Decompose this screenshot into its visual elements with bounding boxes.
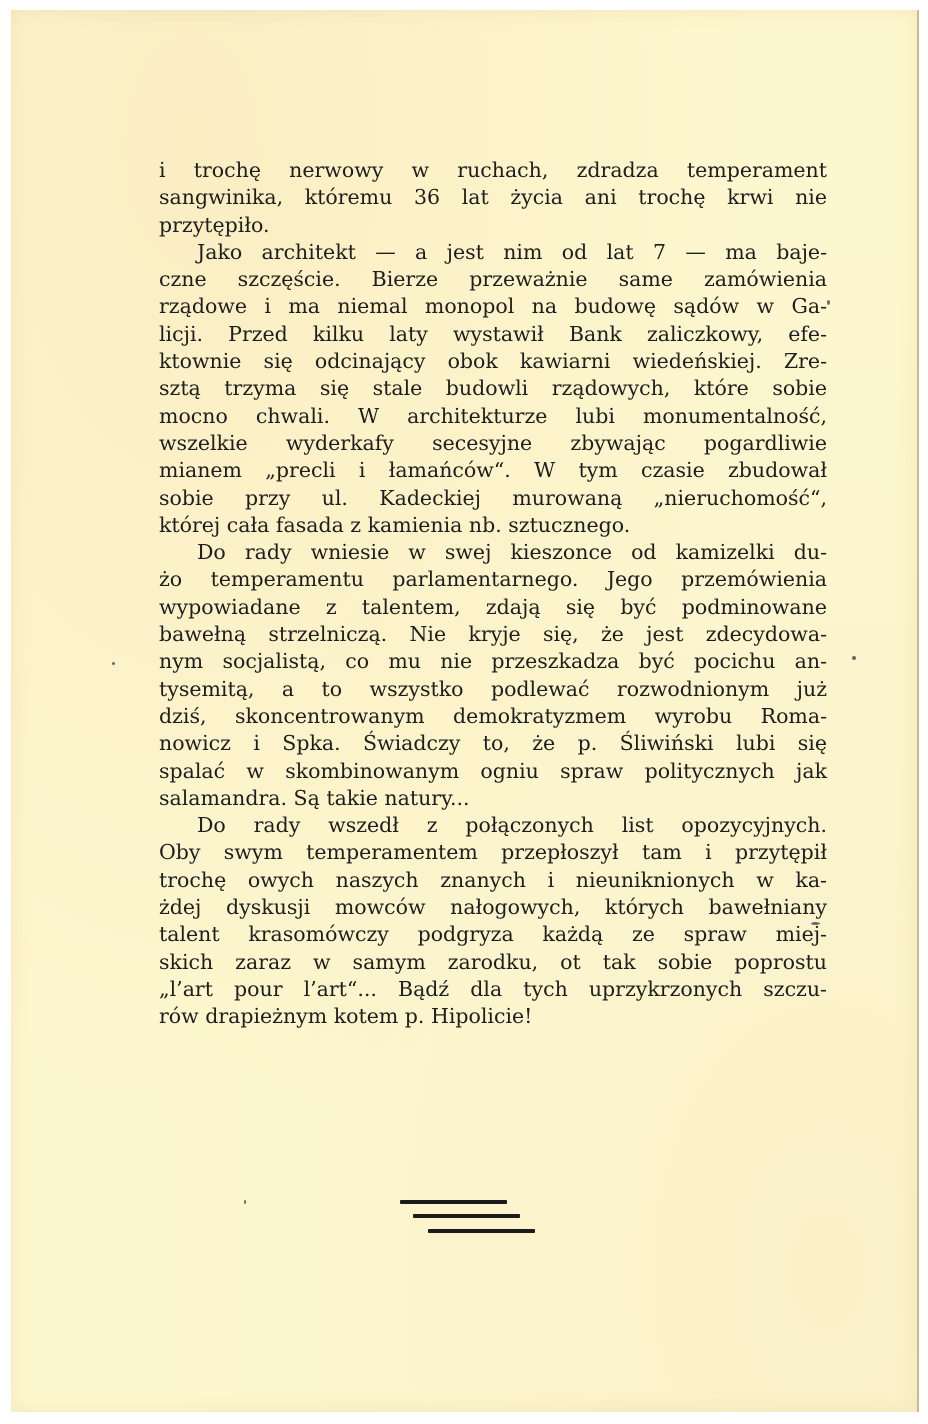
text-line: czne szczęście. Bierze przeważnie same z… (159, 266, 827, 293)
text-line: ktownie się odcinający obok kawiarni wie… (159, 348, 827, 375)
text-line: „l’art pour l’art“... Bądź dla tych uprz… (159, 976, 827, 1003)
text-line: Jako architekt — a jest nim od lat 7 — m… (159, 239, 827, 266)
ornament-bar-2 (413, 1214, 520, 1218)
text-line: talent krasomówczy podgryza każdą ze spr… (159, 921, 827, 948)
paragraph: Jako architekt — a jest nim od lat 7 — m… (159, 239, 827, 539)
text-line: przytępiło. (159, 212, 827, 239)
text-line: i trochę nerwowy w ruchach, zdradza temp… (159, 157, 827, 184)
text-line: Do rady wszedł z połączonych list opozyc… (159, 812, 827, 839)
text-line: nym socjalistą, co mu nie przeszkadza by… (159, 648, 827, 675)
text-line: wszelkie wyderkafy secesyjne zbywając po… (159, 430, 827, 457)
text-line: żo temperamentu parlamentarnego. Jego pr… (159, 566, 827, 593)
text-line: sztą trzyma się stale budowli rządowych,… (159, 375, 827, 402)
text-line: licji. Przed kilku laty wystawił Bank za… (159, 321, 827, 348)
text-line: bawełną strzelniczą. Nie kryje się, że j… (159, 621, 827, 648)
paper-speck (827, 300, 830, 305)
paper-speck (811, 922, 820, 925)
text-line: dziś, skoncentrowanym demokratyzmem wyro… (159, 703, 827, 730)
text-line: tysemitą, a to wszystko podlewać rozwodn… (159, 676, 827, 703)
paper-speck (112, 662, 115, 665)
paper-speck (244, 1200, 246, 1204)
text-line: trochę owych naszych znanych i nieunikni… (159, 867, 827, 894)
text-line: żdej dyskusji mowców nałogowych, których… (159, 894, 827, 921)
text-line: nowicz i Spka. Świadczy to, że p. Śliwiń… (159, 730, 827, 757)
paragraph: Do rady wniesie w swej kieszonce od kami… (159, 539, 827, 812)
text-line: skich zaraz w samym zarodku, ot tak sobi… (159, 949, 827, 976)
text-line: rów drapieżnym kotem p. Hipolicie! (159, 1003, 827, 1030)
text-line: Oby swym temperamentem przepłoszył tam i… (159, 839, 827, 866)
text-line: sangwinika, któremu 36 lat życia ani tro… (159, 184, 827, 211)
book-page: i trochę nerwowy w ruchach, zdradza temp… (11, 10, 919, 1412)
ornament-bar-1 (400, 1200, 507, 1204)
text-line: mocno chwali. W architekturze lubi monum… (159, 403, 827, 430)
text-line: której cała fasada z kamienia nb. sztucz… (159, 512, 827, 539)
text-line: spalać w skombinowanym ogniu spraw polit… (159, 758, 827, 785)
body-text: i trochę nerwowy w ruchach, zdradza temp… (159, 157, 827, 1031)
paragraph: Do rady wszedł z połączonych list opozyc… (159, 812, 827, 1030)
paragraph: i trochę nerwowy w ruchach, zdradza temp… (159, 157, 827, 239)
ornament-bar-3 (428, 1229, 535, 1233)
text-line: wypowiadane z talentem, zdają się być po… (159, 594, 827, 621)
text-line: mianem „precli i łamańców“. W tym czasie… (159, 457, 827, 484)
text-line: sobie przy ul. Kadeckiej murowaną „nieru… (159, 485, 827, 512)
text-line: Do rady wniesie w swej kieszonce od kami… (159, 539, 827, 566)
text-line: salamandra. Są takie natury... (159, 785, 827, 812)
text-line: rządowe i ma niemal monopol na budowę są… (159, 293, 827, 320)
paper-speck (852, 656, 856, 660)
